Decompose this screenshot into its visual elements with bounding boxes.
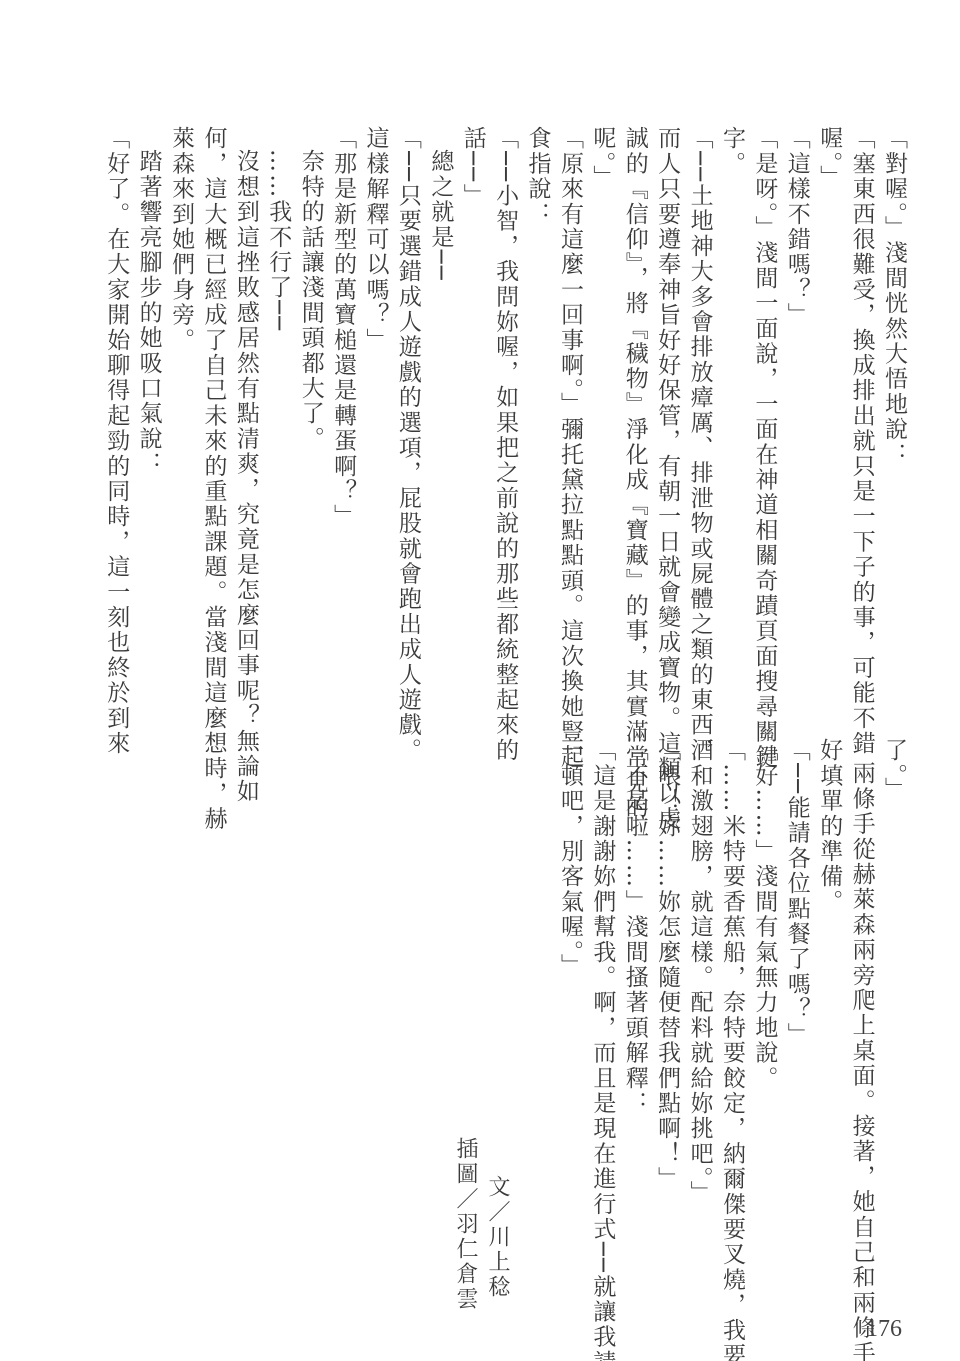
text-column: 喔。」 (813, 126, 845, 666)
text-column: 「好……」淺間有氣無力地說。 (748, 738, 780, 1278)
text-column: 「對喔。」淺間恍然大悟地說： (878, 126, 910, 666)
text-column: 「不是啦……」淺間搔著頭解釋： (618, 738, 650, 1278)
text-column: 「──只要選錯成人遊戲的選項，屁股就會跑出成人遊戲。 (392, 126, 424, 666)
text-column: 「……米特要香蕉船，奈特要餃定，納爾傑要叉燒，我要清 (716, 738, 748, 1278)
text-column: 呢。」 (586, 126, 618, 666)
text-column: 好填單的準備。 (813, 738, 845, 1278)
page-number: 176 (866, 1316, 902, 1343)
text-column: 萊森來到她們身旁。 (165, 126, 197, 666)
top-text-block: 「對喔。」淺間恍然大悟地說：「塞東西很難受，換成排出就只是一下子的事，可能不錯喔… (100, 126, 910, 666)
text-column: 何，這大概已經成了自己未來的重點課題。當淺間這麼想時，赫 (197, 126, 229, 666)
text-column: ……我不行了── (262, 126, 294, 666)
author-credit: 文／川上稔 (482, 1175, 512, 1300)
text-column: 一頓吧，別客氣喔。」 (554, 738, 586, 1278)
text-column: 這樣解釋可以嗎？」 (359, 126, 391, 666)
text-column: 「喂！妳……妳怎麼隨便替我們點啊！」 (651, 738, 683, 1278)
bottom-text-block: 了。」兩條手從赫萊森兩旁爬上桌面。接著，她自己和兩條手都做好填單的準備。「──能… (554, 738, 910, 1278)
text-column: 沒想到這挫敗感居然有點清爽，究竟是怎麼回事呢？無論如 (229, 126, 261, 666)
text-column: 食指說： (521, 126, 553, 666)
text-column: 「──小智，我問妳喔，如果把之前說的那些都統整起來的 (489, 126, 521, 666)
text-column: 兩條手從赫萊森兩旁爬上桌面。接著，她自己和兩條手都做 (845, 738, 877, 1278)
illustrator-credit: 插圖／羽仁倉雲 (450, 1137, 480, 1312)
text-column: 字。 (716, 126, 748, 666)
text-column: 奈特的話讓淺間頭都大了。 (294, 126, 326, 666)
text-column: 「──土地神大多會排放瘴厲、排泄物或屍體之類的東西， (683, 126, 715, 666)
text-column: 而人只要遵奉神旨好好保管，有朝一日就會變成寶物。這類以虔 (651, 126, 683, 666)
text-column: 「是呀。」淺間一面說，一面在神道相關奇蹟頁面搜尋關鍵 (748, 126, 780, 666)
text-column: 「這是謝謝妳們幫我。啊，而且是現在進行式──就讓我請 (586, 738, 618, 1278)
text-column: 踏著響亮腳步的她吸口氣說： (132, 126, 164, 666)
text-column: 「這樣不錯嗎？」 (780, 126, 812, 666)
text-column: 總之就是── (424, 126, 456, 666)
text-column: 了。」 (878, 738, 910, 1278)
text-column: 誠的『信仰』，將『穢物』淨化成『寶藏』的事，其實滿常見的 (618, 126, 650, 666)
text-column: 「──能請各位點餐了嗎？」 (780, 738, 812, 1278)
text-column: 酒和激翅膀，就這樣。配料就給妳挑吧。」 (683, 738, 715, 1278)
text-column: 「好了。在大家開始聊得起勁的同時，這一刻也終於到來 (100, 126, 132, 666)
text-column: 「塞東西很難受，換成排出就只是一下子的事，可能不錯 (845, 126, 877, 666)
text-column: 話──」 (456, 126, 488, 666)
text-column: 「原來有這麼一回事啊。」彌托黛拉點點頭。這次換她豎起 (554, 126, 586, 666)
text-column: 「那是新型的萬寶槌還是轉蛋啊？」 (327, 126, 359, 666)
